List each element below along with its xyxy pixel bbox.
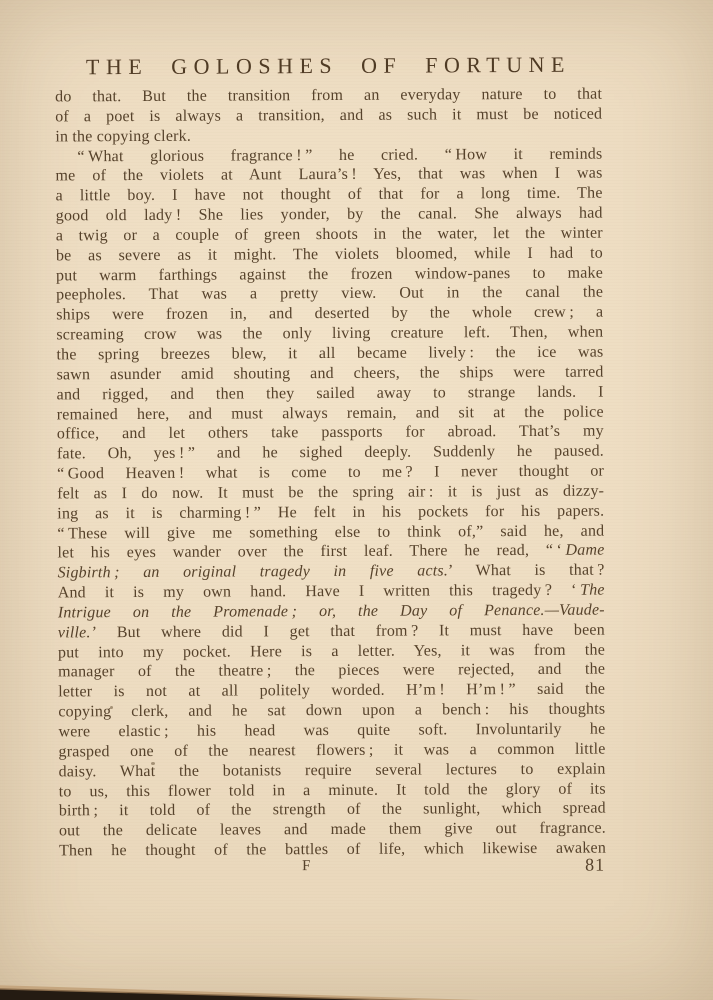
body-text: “ What glorious fragrance ! ” he cried. … — [77, 145, 602, 165]
running-head: THE GOLOSHES OF FORTUNE — [55, 52, 602, 81]
body-text: peepholes. That was a pretty view. Out i… — [56, 284, 603, 304]
body-text: of a poet is always a transition, and as… — [55, 105, 602, 125]
body-text: in the copying clerk. — [55, 127, 191, 145]
body-text: let his eyes wander over the first leaf.… — [57, 542, 565, 562]
body-text: and rigged, and then they sailed away to… — [57, 383, 604, 403]
text-line: a twig or a couple of green shoots in th… — [56, 223, 603, 246]
body-text: a little boy. I have not thought of that… — [56, 185, 603, 205]
italic-play-title-text: Dame — [565, 542, 604, 559]
page-number: 81 — [585, 855, 605, 876]
text-line: sawn asunder amid shouting and cheers, t… — [57, 362, 604, 385]
body-text: And it is my own hand. Have I written th… — [58, 582, 580, 602]
text-line: of a poet is always a transition, and as… — [55, 104, 602, 127]
body-text: me of the violets at Aunt Laura’s ! Yes,… — [55, 165, 602, 185]
body-text: be as severe as it might. The violets bl… — [56, 244, 603, 264]
body-text: letter is not at all politely worded. H’… — [58, 681, 605, 701]
book-page: THE GOLOSHES OF FORTUNE do that. But the… — [0, 0, 713, 1000]
body-text: do that. But the transition from an ever… — [55, 86, 602, 106]
text-line: were elastic ; his head was quite soft. … — [58, 720, 605, 743]
body-text: “ Good Heaven ! what is come to me ? I n… — [57, 463, 604, 483]
body-text: put into my pocket. Here is a letter. Ye… — [58, 641, 605, 661]
body-text: birth ; it told of the strength of the s… — [59, 800, 606, 820]
italic-play-title-text: ville.’ — [58, 624, 96, 641]
italic-play-title-text: Intrigue on the Promenade ; or, the Day … — [58, 602, 605, 622]
body-text: daisy. What the botanists require severa… — [59, 760, 606, 780]
text-line: daisy. What the botanists require severa… — [59, 759, 606, 782]
text-line: Intrigue on the Promenade ; or, the Day … — [58, 601, 605, 624]
body-text: to us, this flower told in a minute. It … — [59, 780, 606, 800]
body-text: felt as I do now. It must be the spring … — [57, 482, 604, 502]
text-line: And it is my own hand. Have I written th… — [58, 581, 605, 604]
italic-play-title-text: Sigbirth ; an original tragedy in five a… — [58, 563, 449, 582]
body-text: the spring breezes blew, it all became l… — [56, 344, 603, 364]
body-text: “ These will give me something else to t… — [57, 522, 604, 542]
text-line: grasped one of the nearest flowers ; it … — [58, 739, 605, 762]
text-block: do that. But the transition from an ever… — [55, 85, 606, 862]
text-line: the spring breezes blew, it all became l… — [56, 343, 603, 366]
text-line: and rigged, and then they sailed away to… — [57, 382, 604, 405]
body-text: manager of the theatre ; the pieces were… — [58, 661, 605, 681]
body-text: grasped one of the nearest flowers ; it … — [58, 740, 605, 760]
text-line: ing as it is charming ! ” He felt in his… — [57, 501, 604, 524]
body-text: But where did I get that from ? It must … — [96, 621, 605, 641]
body-text: ing as it is charming ! ” He felt in his… — [57, 502, 604, 522]
body-text: ships were frozen in, and deserted by th… — [56, 304, 603, 324]
text-line: felt as I do now. It must be the spring … — [57, 481, 604, 504]
body-text: screaming crow was the only living creat… — [56, 324, 603, 344]
text-line: good old lady ! She lies yonder, by the … — [56, 204, 603, 227]
body-text: out the delicate leaves and made them gi… — [59, 820, 606, 840]
body-text: put warm farthings against the frozen wi… — [56, 264, 603, 284]
book-page-photo: THE GOLOSHES OF FORTUNE do that. But the… — [0, 0, 713, 1000]
body-text: remained here, and must always remain, a… — [57, 403, 604, 423]
body-text: office, and let others take passports fo… — [57, 423, 604, 443]
body-text: copying clerk, and he sat down upon a be… — [58, 701, 605, 721]
body-text: fate. Oh, yes ! ” and he sighed deeply. … — [57, 443, 604, 463]
body-text: ’ What is that ? — [448, 562, 605, 580]
italic-play-title-text: The — [580, 582, 605, 599]
text-line: “ Good Heaven ! what is come to me ? I n… — [57, 462, 604, 485]
paper-speck — [151, 762, 155, 765]
page-footer: F 81 — [59, 855, 606, 880]
body-text: a twig or a couple of green shoots in th… — [56, 224, 603, 244]
text-line: ville.’ But where did I get that from ? … — [58, 620, 605, 643]
text-line: do that. But the transition from an ever… — [55, 85, 602, 108]
body-text: good old lady ! She lies yonder, by the … — [56, 205, 603, 225]
paper-speck — [110, 706, 113, 709]
text-line: be as severe as it might. The violets bl… — [56, 243, 603, 266]
body-text: were elastic ; his head was quite soft. … — [58, 721, 605, 741]
signature-mark: F — [302, 858, 311, 875]
body-text: sawn asunder amid shouting and cheers, t… — [57, 363, 604, 383]
